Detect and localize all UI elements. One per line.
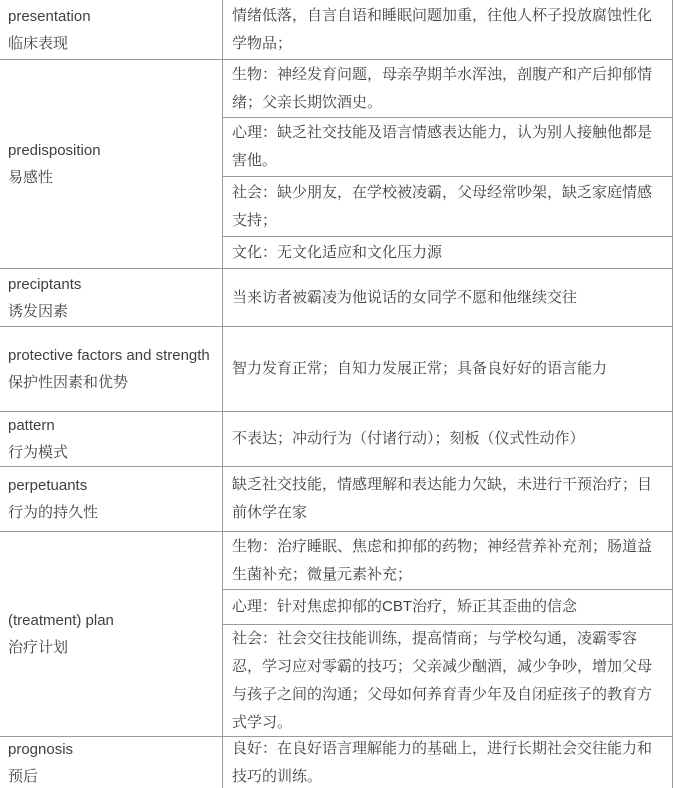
- term-en-protective-factors: protective factors and strength: [8, 342, 212, 369]
- term-en-prognosis: prognosis: [8, 737, 212, 763]
- term-cell-prognosis: prognosis 预后: [0, 737, 223, 788]
- term-zh-treatment-plan: 治疗计划: [8, 634, 212, 661]
- term-cell-perpetuants: perpetuants 行为的持久性: [0, 467, 223, 531]
- definition-item-psy: 心理：缺乏社交技能及语言情感表达能力，认为别人接触他都是害他。: [223, 118, 672, 177]
- term-zh-pattern: 行为模式: [8, 439, 212, 466]
- term-cell-treatment-plan: (treatment) plan 治疗计划: [0, 532, 223, 736]
- row-predisposition: predisposition 易感性 生物：神经发育问题，母亲孕期羊水浑浊，剖腹…: [0, 60, 673, 269]
- row-pattern: pattern 行为模式 不表达；冲动行为（付诸行动）；刻板（仪式性动作）: [0, 412, 673, 467]
- term-cell-presentation: presentation 临床表现: [0, 0, 223, 59]
- definition-item-bio: 生物：神经发育问题，母亲孕期羊水浑浊，剖腹产和产后抑郁情绪；父亲长期饮酒史。: [223, 60, 672, 118]
- row-perpetuants: perpetuants 行为的持久性 缺乏社交技能，情感理解和表达能力欠缺，未进…: [0, 467, 673, 532]
- definition-item: 不表达；冲动行为（付诸行动）；刻板（仪式性动作）: [223, 412, 672, 466]
- definition-cell: 缺乏社交技能，情感理解和表达能力欠缺，未进行干预治疗；目前休学在家: [223, 467, 673, 531]
- definition-item-culture: 文化：无文化适应和文化压力源: [223, 237, 672, 268]
- term-zh-predisposition: 易感性: [8, 164, 212, 191]
- definition-item: 良好：在良好语言理解能力的基础上，进行长期社会交往能力和技巧的训练。: [223, 737, 672, 788]
- term-en-presentation: presentation: [8, 3, 212, 30]
- row-protective-factors: protective factors and strength 保护性因素和优势…: [0, 327, 673, 412]
- term-zh-preciptants: 诱发因素: [8, 298, 212, 325]
- definition-item: 缺乏社交技能，情感理解和表达能力欠缺，未进行干预治疗；目前休学在家: [223, 467, 672, 531]
- definition-item-social: 社会：缺少朋友，在学校被凌霸，父母经常吵架，缺乏家庭情感支持；: [223, 177, 672, 237]
- definition-item: 情绪低落，自言自语和睡眠问题加重，往他人杯子投放腐蚀性化学物品；: [223, 0, 672, 59]
- definition-item-social: 社会：社会交往技能训练，提高情商；与学校勾通，凌霸零容忍，学习应对零霸的技巧；父…: [223, 625, 672, 736]
- row-prognosis: prognosis 预后 良好：在良好语言理解能力的基础上，进行长期社会交往能力…: [0, 737, 673, 788]
- definition-cell: 当来访者被霸凌为他说话的女同学不愿和他继续交往: [223, 269, 673, 326]
- term-en-perpetuants: perpetuants: [8, 472, 212, 499]
- row-treatment-plan: (treatment) plan 治疗计划 生物：治疗睡眠、焦虑和抑郁的药物；神…: [0, 532, 673, 737]
- term-en-predisposition: predisposition: [8, 137, 212, 164]
- definition-item: 智力发育正常；自知力发展正常；具备良好好的语言能力: [223, 327, 672, 411]
- row-presentation: presentation 临床表现 情绪低落，自言自语和睡眠问题加重，往他人杯子…: [0, 0, 673, 60]
- definition-item: 当来访者被霸凌为他说话的女同学不愿和他继续交往: [223, 269, 672, 326]
- definition-cell: 生物：治疗睡眠、焦虑和抑郁的药物；神经营养补充剂；肠道益生菌补充；微量元素补充；…: [223, 532, 673, 736]
- term-zh-prognosis: 预后: [8, 763, 212, 788]
- definition-item-bio: 生物：治疗睡眠、焦虑和抑郁的药物；神经营养补充剂；肠道益生菌补充；微量元素补充；: [223, 532, 672, 590]
- term-cell-protective-factors: protective factors and strength 保护性因素和优势: [0, 327, 223, 411]
- definition-cell: 智力发育正常；自知力发展正常；具备良好好的语言能力: [223, 327, 673, 411]
- term-en-treatment-plan: (treatment) plan: [8, 607, 212, 634]
- term-cell-preciptants: preciptants 诱发因素: [0, 269, 223, 326]
- term-zh-protective-factors: 保护性因素和优势: [8, 369, 212, 396]
- definition-cell: 情绪低落，自言自语和睡眠问题加重，往他人杯子投放腐蚀性化学物品；: [223, 0, 673, 59]
- definition-cell: 不表达；冲动行为（付诸行动）；刻板（仪式性动作）: [223, 412, 673, 466]
- clinical-formulation-table: presentation 临床表现 情绪低落，自言自语和睡眠问题加重，往他人杯子…: [0, 0, 673, 788]
- definition-item-psy: 心理：针对焦虑抑郁的CBT治疗，矫正其歪曲的信念: [223, 590, 672, 625]
- definition-cell: 生物：神经发育问题，母亲孕期羊水浑浊，剖腹产和产后抑郁情绪；父亲长期饮酒史。 心…: [223, 60, 673, 268]
- term-en-preciptants: preciptants: [8, 271, 212, 298]
- term-cell-predisposition: predisposition 易感性: [0, 60, 223, 268]
- term-zh-perpetuants: 行为的持久性: [8, 499, 212, 526]
- definition-cell: 良好：在良好语言理解能力的基础上，进行长期社会交往能力和技巧的训练。: [223, 737, 673, 788]
- term-cell-pattern: pattern 行为模式: [0, 412, 223, 466]
- term-zh-presentation: 临床表现: [8, 30, 212, 57]
- term-en-pattern: pattern: [8, 412, 212, 439]
- row-preciptants: preciptants 诱发因素 当来访者被霸凌为他说话的女同学不愿和他继续交往: [0, 269, 673, 327]
